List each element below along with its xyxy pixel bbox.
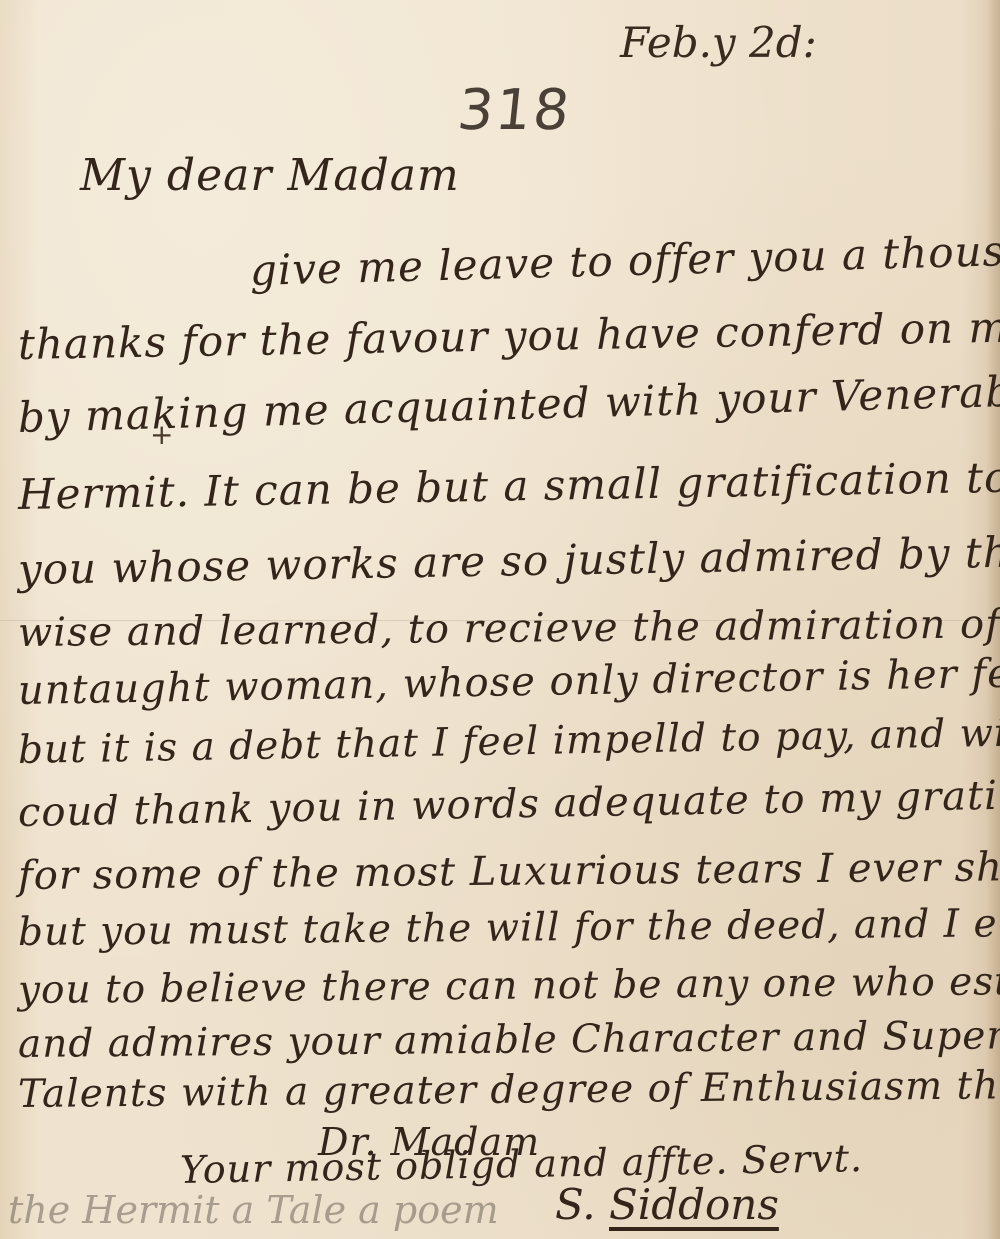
body-line: but it is a debt that I feel impelld to …: [18, 709, 1000, 773]
body-line: you to believe there can not be any one …: [18, 958, 1000, 1013]
body-line: untaught woman, whose only director is h…: [18, 649, 1000, 714]
body-line: by making me acquainted with your Venera…: [17, 366, 1000, 442]
body-line: thanks for the favour you have conferd o…: [18, 302, 1000, 369]
body-line: and admires your amiable Character and S…: [18, 1013, 1000, 1067]
body-line: Hermit. It can be but a small gratificat…: [18, 453, 1000, 519]
body-line: coud thank you in words adequate to my g…: [18, 771, 1000, 836]
body-line: wise and learned, to recieve the admirat…: [18, 601, 1000, 656]
body-line: give me leave to offer you a thousand: [249, 224, 1000, 295]
letter-page: Feb.y 2d: 318 My dear Madam + give me le…: [0, 0, 1000, 1239]
archive-number: 318: [455, 78, 575, 143]
signature: S. Siddons: [555, 1180, 779, 1229]
body-line: but you must take the will for the deed,…: [18, 900, 1000, 955]
signature-initial: S.: [555, 1180, 596, 1229]
signature-surname: Siddons: [609, 1180, 779, 1229]
letter-date: Feb.y 2d:: [620, 18, 817, 67]
body-line: for some of the most Luxurious tears I e…: [18, 844, 1000, 899]
body-line: Talents with a greater degree of Enthusi…: [18, 1063, 1000, 1117]
salutation: My dear Madam: [80, 150, 460, 201]
body-line: you whose works are so justly admired by…: [18, 527, 1000, 594]
pencil-annotation: the Hermit a Tale a poem: [8, 1188, 499, 1232]
